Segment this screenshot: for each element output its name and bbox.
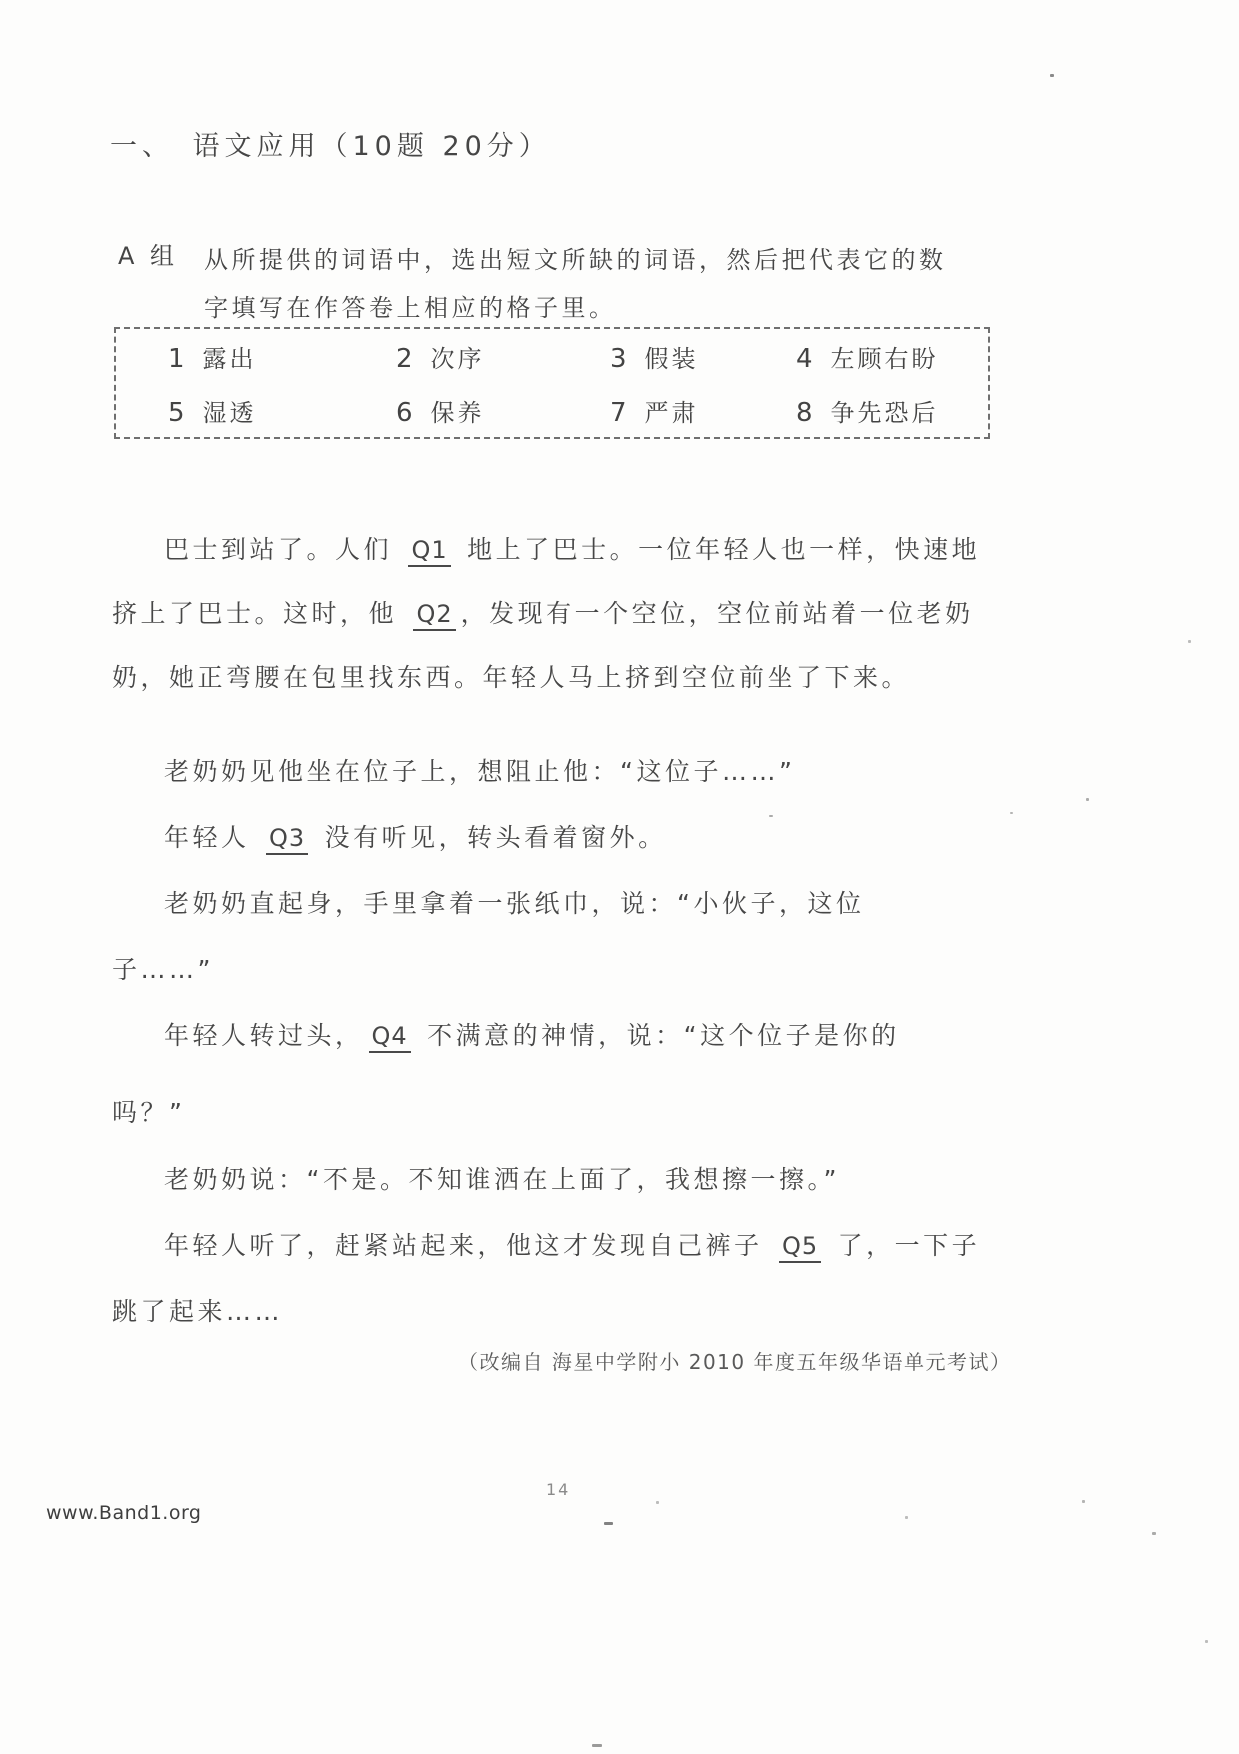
scan-speck bbox=[656, 1501, 659, 1504]
passage-line: 吗？” bbox=[112, 1093, 1032, 1129]
scan-speck bbox=[1010, 812, 1013, 814]
page-number: 14 bbox=[546, 1480, 570, 1499]
blank-marker: Q4 bbox=[369, 1022, 411, 1053]
passage-line: 年轻人转过头，Q4 不满意的神情，说：“这个位子是你的 bbox=[112, 1016, 1084, 1053]
blank-marker: Q1 bbox=[408, 536, 450, 567]
scan-speck bbox=[1082, 1500, 1085, 1503]
passage-line: 跳了起来…… bbox=[112, 1292, 1032, 1328]
passage: 巴士到站了。人们 Q1 地上了巴士。一位年轻人也一样，快速地挤上了巴士。这时，他… bbox=[0, 0, 1239, 1754]
blank-marker: Q5 bbox=[779, 1232, 821, 1263]
passage-line: 老奶奶直起身，手里拿着一张纸巾，说：“小伙子，这位 bbox=[112, 884, 1084, 920]
passage-line: 挤上了巴士。这时，他 Q2，发现有一个空位，空位前站着一位老奶 bbox=[112, 594, 1032, 631]
scan-speck bbox=[1188, 640, 1191, 643]
passage-line: 年轻人 Q3 没有听见，转头看着窗外。 bbox=[112, 818, 1084, 855]
blank-marker: Q3 bbox=[266, 824, 308, 855]
passage-line: 年轻人听了，赶紧站起来，他这才发现自己裤子 Q5 了，一下子 bbox=[112, 1226, 1084, 1263]
scan-speck bbox=[592, 1744, 602, 1747]
passage-line: 巴士到站了。人们 Q1 地上了巴士。一位年轻人也一样，快速地 bbox=[112, 530, 1084, 567]
scan-speck bbox=[1050, 74, 1054, 77]
scan-speck bbox=[604, 1522, 613, 1525]
site-watermark: www.Band1.org bbox=[46, 1502, 202, 1524]
passage-line: 老奶奶说：“不是。不知谁洒在上面了，我想擦一擦。” bbox=[112, 1160, 1084, 1196]
scan-speck bbox=[769, 815, 773, 817]
blank-marker: Q2 bbox=[413, 600, 455, 631]
scanned-content: 一、 语文应用（10题 20分） A 组 从所提供的词语中，选出短文所缺的词语，… bbox=[0, 0, 1239, 1754]
scan-speck bbox=[1152, 1532, 1156, 1535]
passage-line: 奶，她正弯腰在包里找东西。年轻人马上挤到空位前坐了下来。 bbox=[112, 658, 1032, 694]
passage-line: 老奶奶见他坐在位子上，想阻止他：“这位子……” bbox=[112, 752, 1084, 788]
passage-line: 子……” bbox=[112, 950, 1032, 986]
source-attribution: （改编自 海星中学附小 2010 年度五年级华语单元考试） bbox=[458, 1346, 1011, 1375]
scan-speck bbox=[905, 1516, 908, 1519]
scan-speck bbox=[1086, 798, 1089, 801]
exam-page: 一、 语文应用（10题 20分） A 组 从所提供的词语中，选出短文所缺的词语，… bbox=[0, 0, 1239, 1754]
scan-speck bbox=[1205, 1640, 1208, 1643]
